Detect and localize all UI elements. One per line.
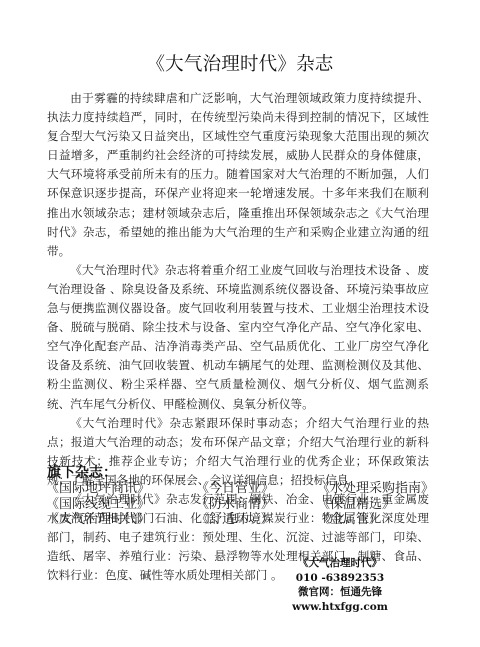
contact-website: www.htxfgg.com (290, 600, 390, 615)
magazine-row: 《国际线缆工业》 《防水商情》 《保温精选》 (46, 497, 446, 513)
contact-phone: 010 -63892353 (290, 571, 390, 586)
paragraph-intro: 由于雾霾的持续肆虐和广泛影响，大气治理领域政策力度持续提升、执法力度持续趋严，同… (47, 89, 429, 261)
contact-block: 《大气治理时代》 010 -63892353 微官网：恒通先锋 www.htxf… (290, 556, 390, 614)
document-title: 《大气治理时代》杂志 (0, 50, 480, 76)
magazine-item: 《国际线缆工业》 (46, 497, 150, 513)
magazine-row: 《国际地坪商讯》 《今日管业》 《水处理采购指南》 (46, 481, 446, 497)
magazine-list: 《国际地坪商讯》 《今日管业》 《水处理采购指南》 《国际线缆工业》 《防水商情… (46, 481, 446, 528)
magazine-item: 《金属管》 (317, 512, 382, 528)
contact-wechat: 微官网：恒通先锋 (290, 585, 390, 600)
paragraph-coverage: 《大气治理时代》杂志将着重介绍工业废气回收与治理技术设备 、废气治理设备 、除臭… (47, 261, 429, 414)
magazine-item: 《舒适环境》 (196, 512, 274, 528)
magazine-item: 《水处理采购指南》 (317, 481, 434, 497)
magazine-item: 《保温精选》 (317, 497, 395, 513)
magazine-row: 《大气治理时代》 《舒适环境》 《金属管》 (46, 512, 446, 528)
magazine-item: 《防水商情》 (196, 497, 274, 513)
magazine-item: 《今日管业》 (196, 481, 274, 497)
contact-magazine-name: 《大气治理时代》 (290, 556, 390, 571)
magazines-heading: 旗下杂志： (47, 462, 117, 482)
magazine-item: 《大气治理时代》 (46, 512, 150, 528)
magazine-item: 《国际地坪商讯》 (46, 481, 150, 497)
